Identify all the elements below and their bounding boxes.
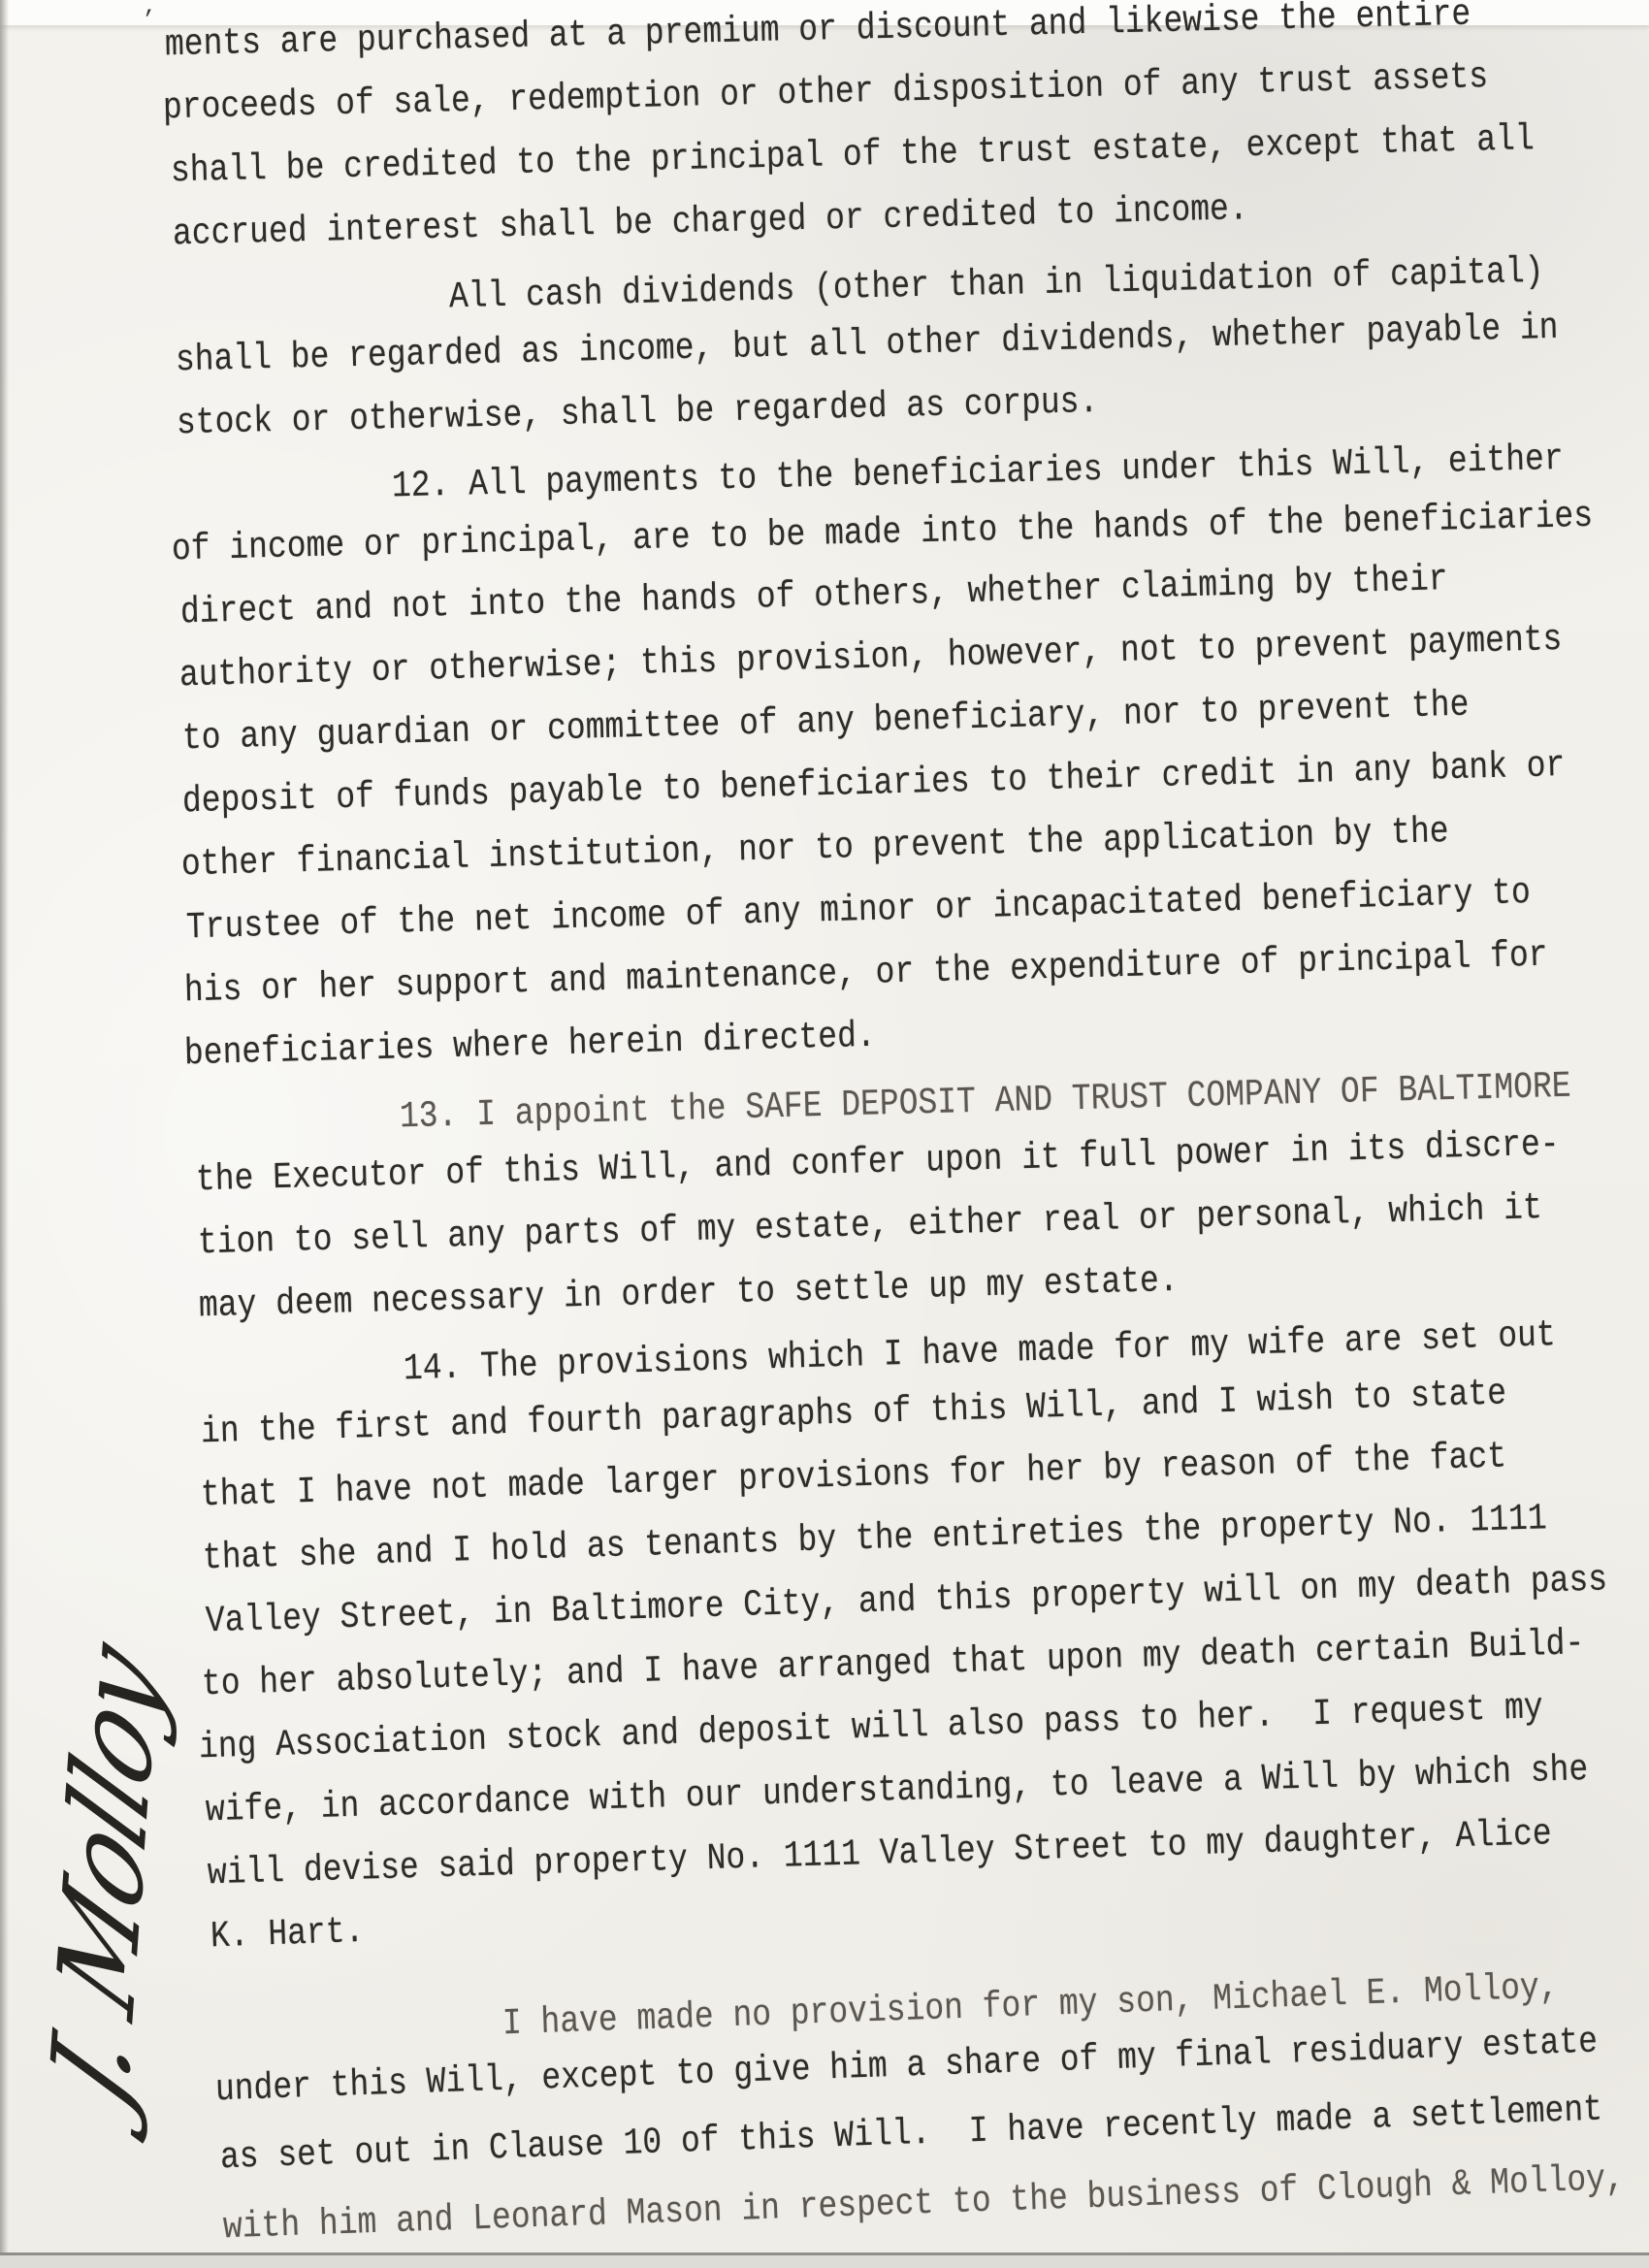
typed-line: authority or otherwise; this provision, …	[178, 619, 1562, 697]
typed-line: accrued interest shall be charged or cre…	[172, 188, 1248, 255]
typed-line: deposit of funds payable to beneficiarie…	[181, 745, 1565, 823]
document-page: ments are purchased at a premium or disc…	[0, 0, 1649, 2268]
typed-line: stock or otherwise, shall be regarded as…	[176, 381, 1098, 444]
typed-line: his or her support and maintenance, or t…	[183, 934, 1548, 1012]
typed-line: with him and Leonard Mason in respect to…	[222, 2158, 1625, 2249]
typed-line: may deem necessary in order to settle up…	[198, 1260, 1179, 1327]
typed-line: shall be credited to the principal of th…	[170, 118, 1535, 192]
scan-edge-bottom	[0, 2252, 1649, 2268]
typed-line: Trustee of the net income of any minor o…	[185, 872, 1531, 949]
typed-line: K. Hart.	[210, 1911, 365, 1958]
typed-line: of income or principal, are to be made i…	[171, 496, 1593, 570]
typed-line: tion to sell any parts of my estate, eit…	[197, 1187, 1542, 1264]
typed-line: to any guardian or committee of any bene…	[181, 684, 1469, 760]
typed-line paragraph-start: All cash dividends (other than in liquid…	[448, 250, 1543, 318]
document-text-block: ments are purchased at a premium or disc…	[0, 0, 1649, 2268]
stray-ink-mark: ’	[142, 8, 155, 34]
typed-line: ments are purchased at a premium or disc…	[164, 0, 1471, 66]
typed-line: proceeds of sale, redemption or other di…	[162, 56, 1488, 129]
typed-line: other financial institution, nor to prev…	[180, 811, 1449, 886]
typed-line: shall be regarded as income, but all oth…	[175, 307, 1558, 381]
typed-line: beneficiaries where herein directed.	[183, 1015, 876, 1075]
typed-line: direct and not into the hands of others,…	[179, 559, 1448, 633]
typed-line paragraph-12-start: 12. All payments to the beneficiaries un…	[391, 438, 1564, 507]
